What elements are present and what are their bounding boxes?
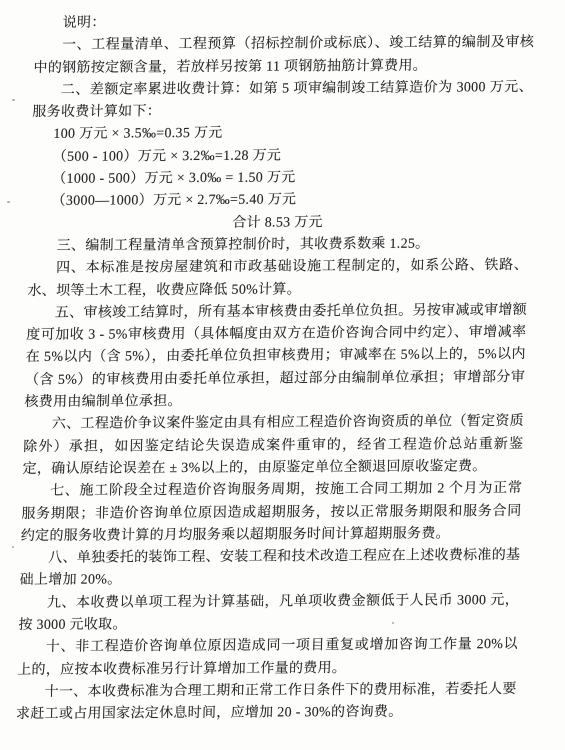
formula-line-1: 100 万元 × 3.5‰=0.35 万元 (53, 121, 532, 146)
formula-total-line: 合计 8.53 万元 (232, 211, 530, 235)
formula-line-3: （1000 - 500）万元 × 3.0‰ = 1.50 万元 (52, 166, 531, 191)
document-page: 说明： 一、工程量清单、工程预算（招标控制价或标底）、竣工结算的编制及审核中的钢… (0, 0, 565, 750)
scan-speck (12, 99, 15, 101)
paragraph-note-11: 十一、本收费标准为合理工期和正常工作日条件下的费用标准，若委托人要求赶工或占用国… (16, 679, 517, 727)
paragraph-note-5: 五、审核竣工结算时，所有基本审核费由委托单位负担。另按审减或审增额度可加收 3 … (24, 300, 527, 415)
paragraph-note-7: 七、施工阶段全过程造价咨询服务周期，按施工合同工期加 2 个月为正常服务期限；非… (21, 478, 523, 548)
paragraph-note-3: 三、编制工程量清单含预算控制价时，其收费系数乘 1.25。 (28, 233, 529, 258)
formula-line-4: （3000—1000）万元 × 2.7‰=5.40 万元 (51, 188, 530, 213)
scan-speck (392, 622, 394, 624)
paragraph-note-10: 十、非工程造价咨询单位原因造成同一项目重复或增加咨询工作量 20%以上的，应按本… (17, 634, 518, 682)
scan-speck (7, 201, 10, 203)
paragraph-note-8: 八、单独委托的装饰工程、安装工程和技术改造工程应在上述收费标准的基础上增加 20… (19, 545, 520, 593)
paragraph-note-6: 六、工程造价争议案件鉴定由具有相应工程造价咨询资质的单位（暂定资质除外）承担，如… (22, 411, 524, 481)
document-content: 说明： 一、工程量清单、工程预算（招标控制价或标底）、竣工结算的编制及审核中的钢… (0, 10, 565, 727)
paragraph-note-1: 一、工程量清单、工程预算（招标控制价或标底）、竣工结算的编制及审核中的钢筋按定额… (33, 32, 534, 80)
paragraph-note-2: 二、差额定率累进收费计算：如第 5 项审编制竣工结算造价为 3000 万元、服务… (32, 77, 533, 125)
formula-line-2: （500 - 100）万元 × 3.2‰=1.28 万元 (52, 144, 531, 169)
paragraph-note-9: 九、本收费以单项工程为计算基础，凡单项收费金额低于人民币 3000 元，按 30… (18, 590, 519, 638)
scan-speck (12, 546, 14, 548)
doc-heading: 说明： (34, 10, 535, 35)
paragraph-note-4: 四、本标准是按房屋建筑和市政基础设施工程制定的，如系公路、铁路、水、坝等土木工程… (27, 255, 528, 303)
